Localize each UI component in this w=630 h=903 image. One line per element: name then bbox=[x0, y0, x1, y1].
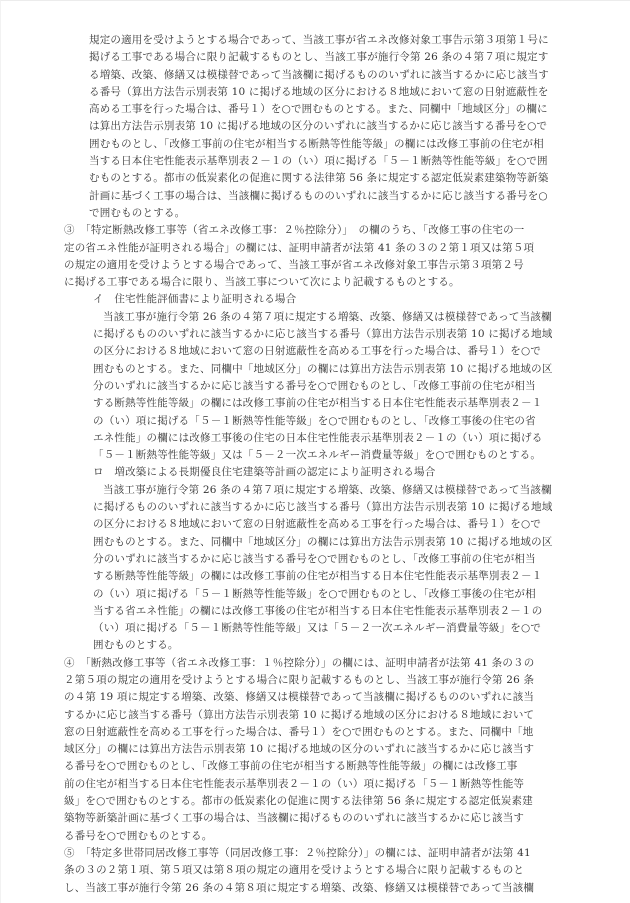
text-line: 当する日本住宅性能表示基準別表２－１の（い）項に掲げる「５－１断熱等性能等級」を… bbox=[89, 153, 630, 170]
text-line: に掲げるもののいずれに該当するかに応じ該当する番号（算出方法告示別表第 10 に… bbox=[93, 499, 630, 516]
text-line: 掲げる工事である場合に限り記載するものとし、当該工事が施行令第 26 条の４第７… bbox=[89, 49, 630, 66]
text-line: 当該工事が施行令第 26 条の４第７項に規定する増築、改築、修繕又は模様替であっ… bbox=[103, 309, 630, 326]
text-line: （い）項に掲げる「５－１断熱等性能等級」又は「５－２一次エネルギー消費量等級」を… bbox=[93, 620, 630, 637]
text-line: 級」を○で囲むものとする。都市の低炭素化の促進に関する法律第 56 条に規定する… bbox=[64, 793, 630, 810]
text-line: る番号を○で囲むものとし、「改修工事前の住宅が相当する断熱等性能等級」の欄には改… bbox=[64, 758, 630, 775]
text-line: 規定の適用を受けようとする場合であって、当該工事が省エネ改修対象工事告示第３項第… bbox=[89, 32, 630, 49]
section-item-3-sub-ro: ロ 増改築による長期優良住宅建築等計画の認定により証明される場合当該工事が施行令… bbox=[1, 464, 630, 654]
section-item-5: ⑤ 「特定多世帯同居改修工事等（同居改修工事：２％控除分）」の欄には、証明申請者… bbox=[1, 845, 630, 897]
text-line: エネ性能」の欄には改修工事後の住宅の日本住宅性能表示基準別表２－１の（い）項に掲… bbox=[93, 430, 630, 447]
text-line: の規定の適用を受けようとする場合であって、当該工事が省エネ改修対象工事告示第３項… bbox=[64, 257, 630, 274]
text-line: の区分における８地域において窓の日射遮蔽性を高める工事を行った場合は、番号１）を… bbox=[93, 516, 630, 533]
text-line: ⑤ 「特定多世帯同居改修工事等（同居改修工事：２％控除分）」の欄には、証明申請者… bbox=[64, 845, 630, 862]
text-line: の（い）項に掲げる「５－１断熱等性能等級」を○で囲むものとし、「改修工事後の住宅… bbox=[93, 586, 630, 603]
section-paragraph-continuation: 規定の適用を受けようとする場合であって、当該工事が省エネ改修対象工事告示第３項第… bbox=[1, 32, 630, 222]
text-line: 「５－１断熱等性能等級」又は「５－２一次エネルギー消費量等級」を○で囲むものとす… bbox=[93, 447, 630, 464]
text-line: に掲げるもののいずれに該当するかに応じ該当する番号（算出方法告示別表第 10 に… bbox=[93, 326, 630, 343]
document-page: 規定の適用を受けようとする場合であって、当該工事が省エネ改修対象工事告示第３項第… bbox=[0, 0, 630, 903]
text-line: の区分における８地域において窓の日射遮蔽性を高める工事を行った場合は、番号１）を… bbox=[93, 343, 630, 360]
text-line: し、当該工事が施行令第 26 条の４第８項に規定する増築、改築、修繕又は模様替で… bbox=[64, 880, 630, 897]
text-line: 前の住宅が相当する日本住宅性能表示基準別表２－１の（い）項に掲げる「５－１断熱等… bbox=[64, 776, 630, 793]
section-item-3: ③ 「特定断熱改修工事等（省エネ改修工事：２％控除分）」 の欄のうち、「改修工事… bbox=[1, 222, 630, 291]
section-item-3-sub-i: イ 住宅性能評価書により証明される場合当該工事が施行令第 26 条の４第７項に規… bbox=[1, 291, 630, 464]
text-line: イ 住宅性能評価書により証明される場合 bbox=[93, 291, 630, 308]
text-line: ２第５項の規定の適用を受けようとする場合に限り記載するものとし、当該工事が施行令… bbox=[64, 672, 630, 689]
text-line: 高める工事を行った場合は、番号１）を○で囲むものとする。また、同欄中「地域区分」… bbox=[89, 101, 630, 118]
text-line: ③ 「特定断熱改修工事等（省エネ改修工事：２％控除分）」 の欄のうち、「改修工事… bbox=[64, 222, 630, 239]
text-line: するかに応じ該当する番号（算出方法告示別表第 10 に掲げる地域の区分における８… bbox=[64, 707, 630, 724]
text-line: の４第 19 項に規定する増築、改築、修繕又は模様替であって当該欄に掲げるものの… bbox=[64, 689, 630, 706]
text-line: 分のいずれに該当するかに応じ該当する番号を○で囲むものとし、「改修工事前の住宅が… bbox=[93, 551, 630, 568]
text-line: 窓の日射遮蔽性を高める工事を行った場合は、番号１）を○で囲むものとする。また、同… bbox=[64, 724, 630, 741]
text-line: 条の３の２第１項、第５項又は第８項の規定の適用を受けようとする場合に限り記載する… bbox=[64, 862, 630, 879]
text-line: 囲むものとする。 bbox=[93, 637, 630, 654]
section-item-4: ④ 「断熱改修工事等（省エネ改修工事：１％控除分）」の欄には、証明申請者が法第 … bbox=[1, 655, 630, 845]
text-line: ロ 増改築による長期優良住宅建築等計画の認定により証明される場合 bbox=[93, 464, 630, 481]
text-line: 囲むものとする。また、同欄中「地域区分」の欄には算出方法告示別表第 10 に掲げ… bbox=[93, 534, 630, 551]
text-line: 築物等新築計画に基づく工事の場合は、当該欄に掲げるもののいずれに該当するかに応じ… bbox=[64, 810, 630, 827]
text-line: ④ 「断熱改修工事等（省エネ改修工事：１％控除分）」の欄には、証明申請者が法第 … bbox=[64, 655, 630, 672]
text-line: は算出方法告示別表第 10 に掲げる地域の区分のいずれに該当するかに応じ該当する… bbox=[89, 118, 630, 135]
document-text-body: 規定の適用を受けようとする場合であって、当該工事が省エネ改修対象工事告示第３項第… bbox=[1, 1, 630, 897]
text-line: 囲むものとする。また、同欄中「地域区分」の欄には算出方法告示別表第 10 に掲げ… bbox=[93, 361, 630, 378]
text-line: に掲げる工事である場合に限り、当該工事について次により記載するものとする。 bbox=[64, 274, 630, 291]
text-line: る番号（算出方法告示別表第 10 に掲げる地域の区分における８地域において窓の日… bbox=[89, 84, 630, 101]
text-line: 当該工事が施行令第 26 条の４第７項に規定する増築、改築、修繕又は模様替であっ… bbox=[103, 482, 630, 499]
text-line: の（い）項に掲げる「５－１断熱等性能等級」を○で囲むものとし、「改修工事後の住宅… bbox=[93, 413, 630, 430]
text-line: する断熱等性能等級」の欄には改修工事前の住宅が相当する日本住宅性能表示基準別表２… bbox=[93, 395, 630, 412]
text-line: 囲むものとし、「改修工事前の住宅が相当する断熱等性能等級」の欄には改修工事前の住… bbox=[89, 136, 630, 153]
text-line: 計画に基づく工事の場合は、当該欄に掲げるもののいずれに該当するかに応じ該当する番… bbox=[89, 188, 630, 205]
text-line: むものとする。都市の低炭素化の促進に関する法律第 56 条に規定する認定低炭素建… bbox=[89, 170, 630, 187]
text-line: る増築、改築、修繕又は模様替であって当該欄に掲げるもののいずれに該当するかに応じ… bbox=[89, 67, 630, 84]
text-line: で囲むものとする。 bbox=[89, 205, 630, 222]
text-line: 当する省エネ性能」の欄には改修工事後の住宅が相当する日本住宅性能表示基準別表２－… bbox=[93, 603, 630, 620]
text-line: る番号を○で囲むものとする。 bbox=[64, 828, 630, 845]
text-line: 分のいずれに該当するかに応じ該当する番号を○で囲むものとし、「改修工事前の住宅が… bbox=[93, 378, 630, 395]
text-line: 域区分」の欄には算出方法告示別表第 10 に掲げる地域の区分のいずれに該当するか… bbox=[64, 741, 630, 758]
text-line: 定の省エネ性能が証明される場合」の欄には、証明申請者が法第 41 条の３の２第１… bbox=[64, 240, 630, 257]
text-line: する断熱等性能等級」の欄には改修工事前の住宅が相当する日本住宅性能表示基準別表２… bbox=[93, 568, 630, 585]
